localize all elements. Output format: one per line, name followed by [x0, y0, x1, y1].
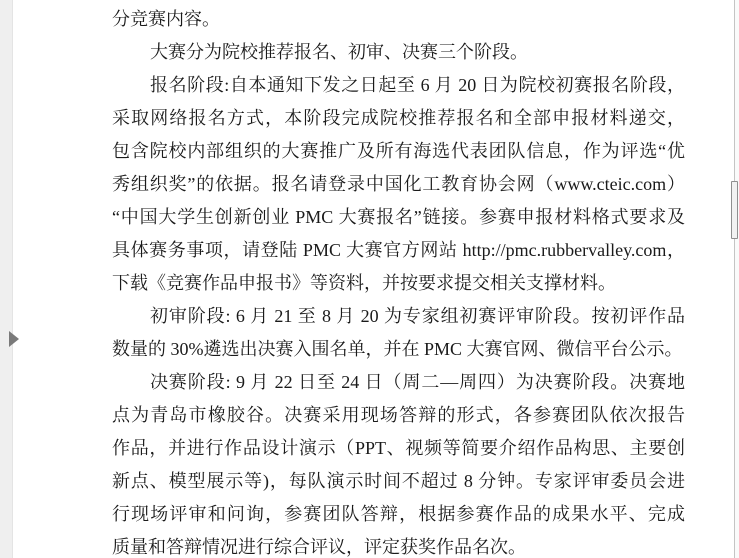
text-line: 数量的 30%遴选出决赛入围名单，并在 PMC 大赛官网、微信平台公示。 — [112, 333, 685, 366]
text-line: 点为青岛市橡胶谷。决赛采用现场答辩的形式，各参赛团队依次报告 — [112, 399, 685, 432]
text-line: 决赛阶段: 9 月 22 日至 24 日（周二—周四）为决赛阶段。决赛地 — [112, 366, 685, 399]
text-line: 大赛分为院校推荐报名、初审、决赛三个阶段。 — [112, 36, 685, 69]
text-line: 秀组织奖”的依据。报名请登录中国化工教育协会网（www.cteic.com） — [112, 168, 685, 201]
text-line: 初审阶段: 6 月 21 至 8 月 20 为专家组初赛评审阶段。按初评作品 — [112, 300, 685, 333]
text-line: 质量和答辩情况进行综合评议，评定获奖作品名次。 — [112, 531, 685, 558]
text-line: 具体赛务事项，请登陆 PMC 大赛官方网站 http://pmc.rubberv… — [112, 234, 685, 267]
text-line: “中国大学生创新创业 PMC 大赛报名”链接。参赛申报材料格式要求及 — [112, 201, 685, 234]
text-line: 行现场评审和问询，参赛团队答辩，根据参赛作品的成果水平、完成 — [112, 498, 685, 531]
right-page-edge — [735, 0, 739, 558]
document-viewer: { "colors": { "page_background": "#fffff… — [0, 0, 739, 558]
text-line: 采取网络报名方式，本阶段完成院校推荐报名和全部申报材料递交， — [112, 102, 685, 135]
document-text-block: 分竞赛内容。大赛分为院校推荐报名、初审、决赛三个阶段。报名阶段:自本通知下发之日… — [112, 3, 685, 558]
text-line: 分竞赛内容。 — [112, 3, 685, 36]
scrollbar-track[interactable] — [734, 0, 735, 558]
text-line: 下载《竞赛作品申报书》等资料，并按要求提交相关支撑材料。 — [112, 267, 685, 300]
left-margin-strip — [0, 0, 13, 558]
text-line: 新点、模型展示等)，每队演示时间不超过 8 分钟。专家评审委员会进 — [112, 465, 685, 498]
scrollbar-thumb[interactable] — [731, 181, 738, 239]
text-line: 报名阶段:自本通知下发之日起至 6 月 20 日为院校初赛报名阶段， — [112, 69, 685, 102]
text-line: 包含院校内部组织的大赛推广及所有海选代表团队信息，作为评选“优 — [112, 135, 685, 168]
text-line: 作品，并进行作品设计演示（PPT、视频等简要介绍作品构思、主要创 — [112, 432, 685, 465]
expand-panel-arrow-icon[interactable] — [9, 331, 19, 347]
